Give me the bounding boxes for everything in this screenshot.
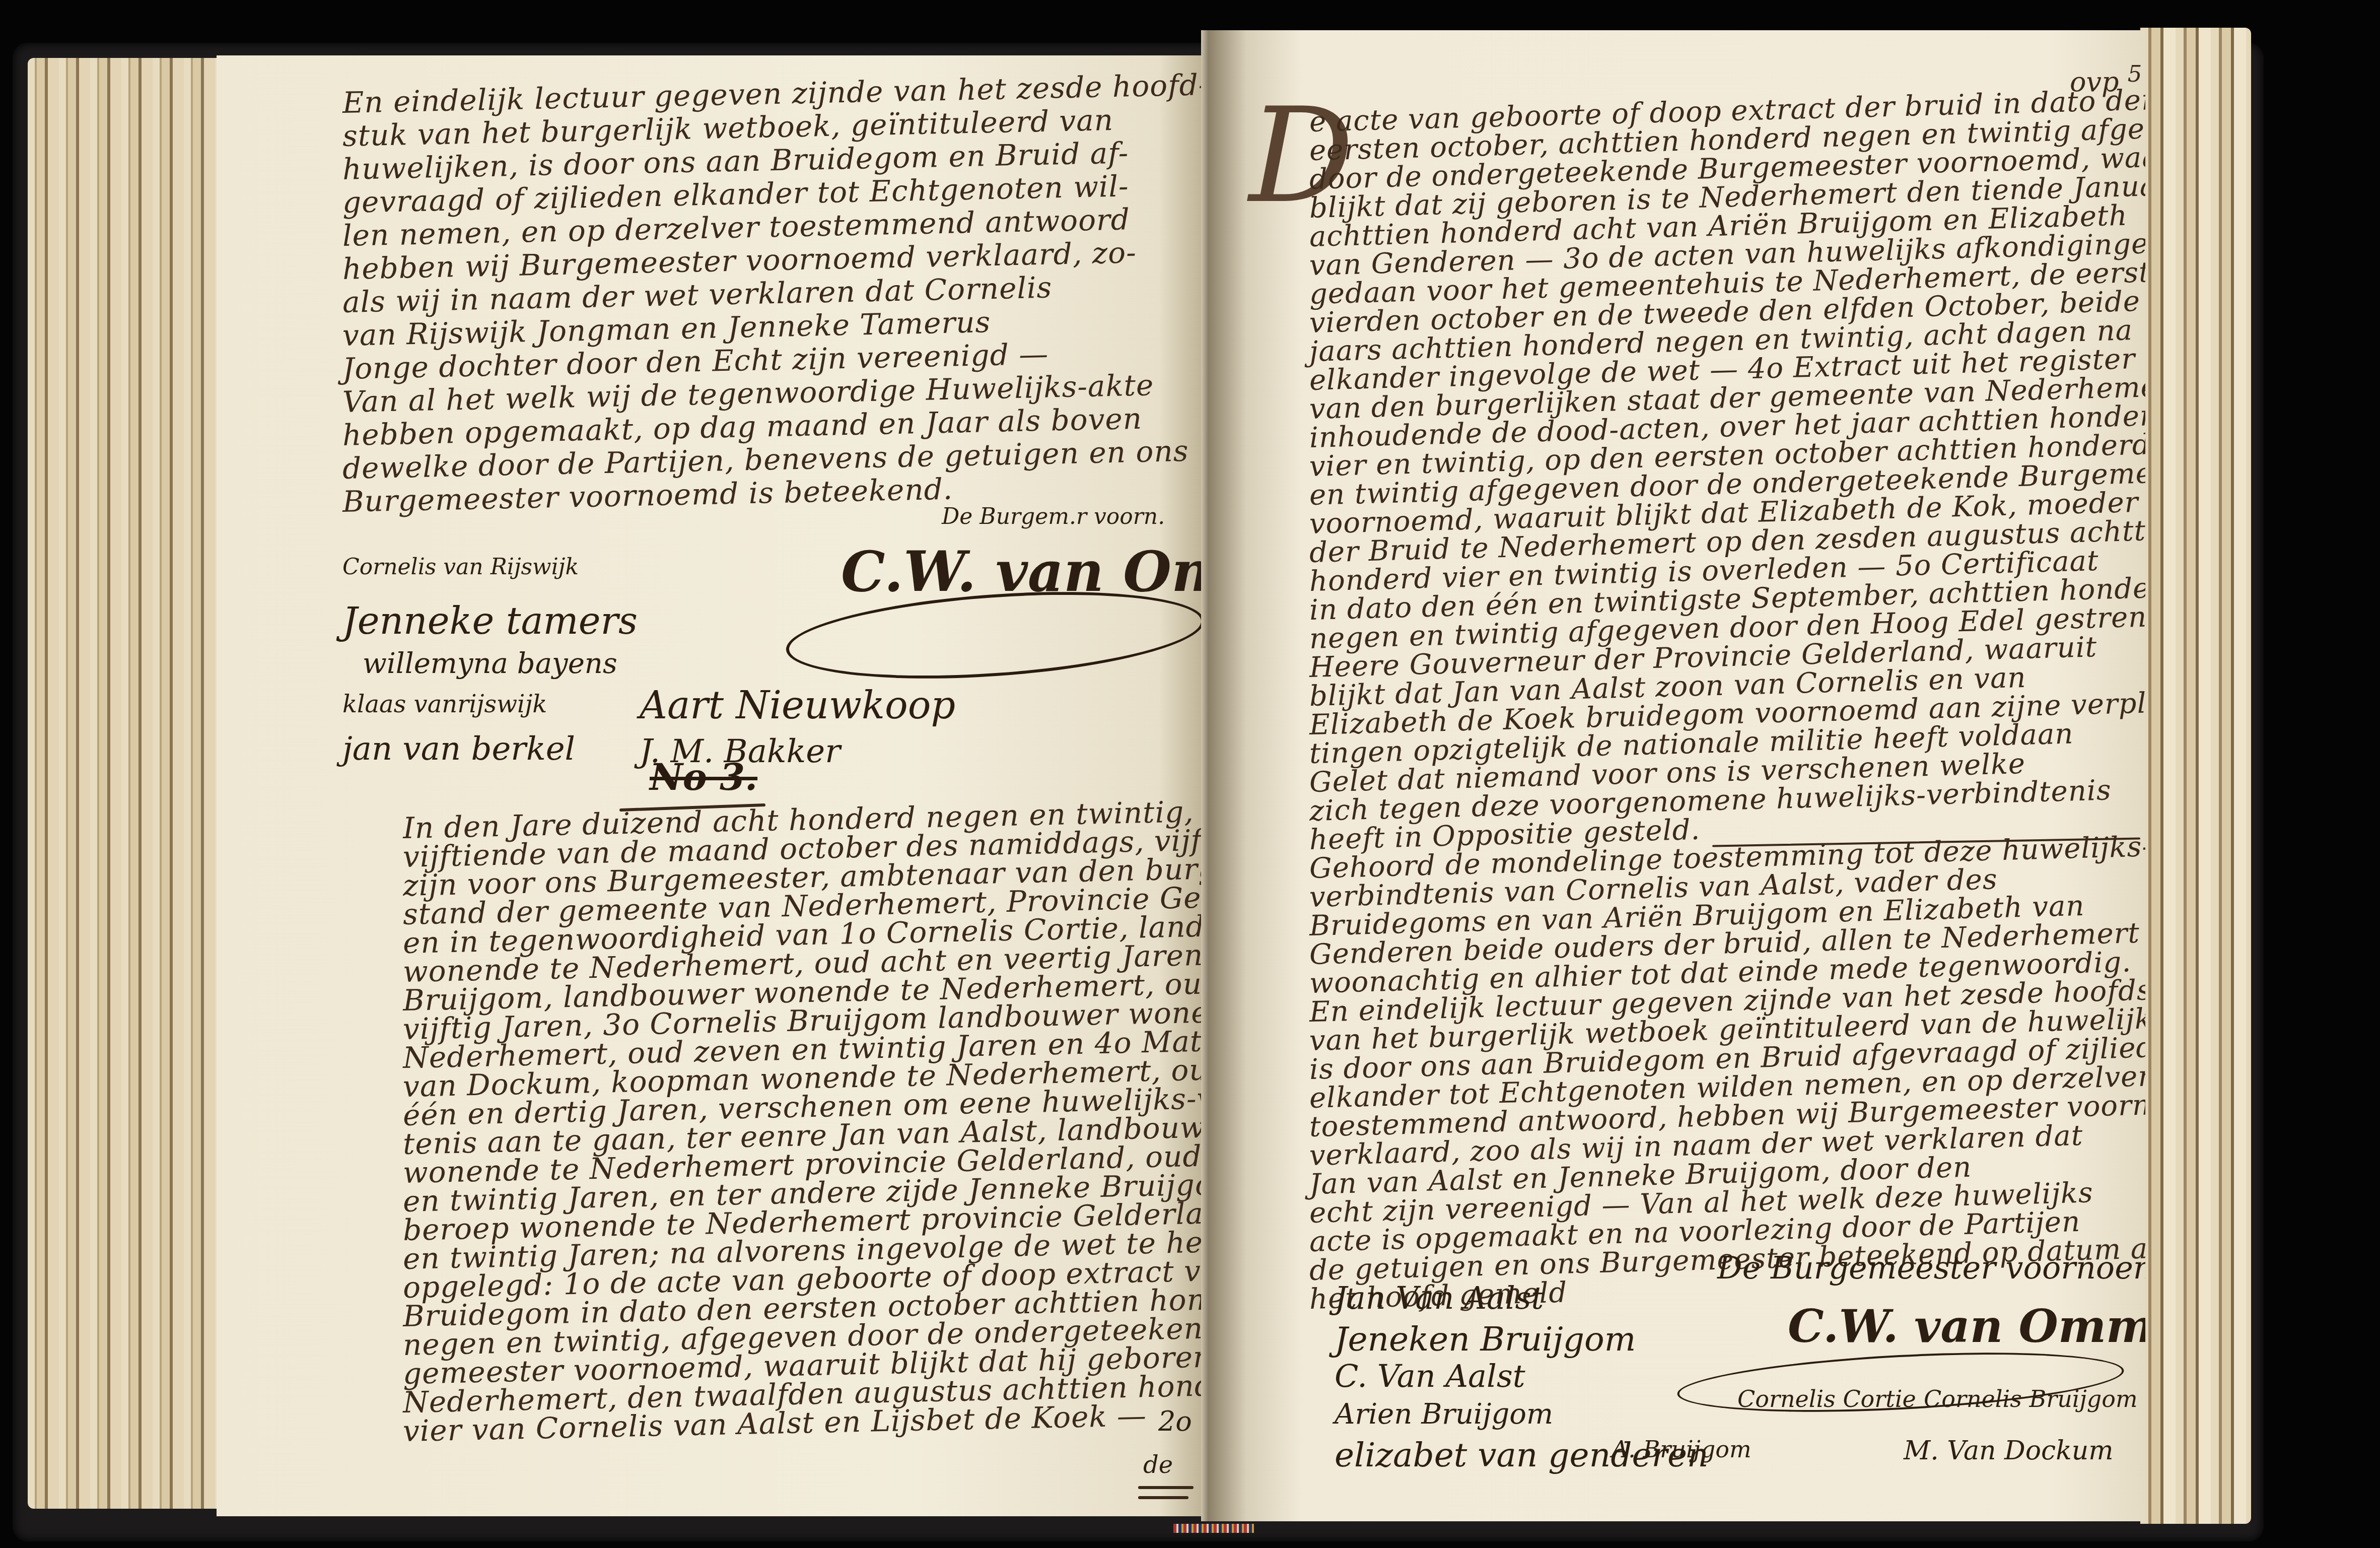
signature: Aart Nieuwkoop (640, 683, 955, 727)
right-page-stack (2140, 28, 2251, 1524)
entry-number: No 3. (650, 756, 757, 798)
page-number-value: 5 (2128, 60, 2142, 87)
mayor-signature-2: C.W. van Ommeren (1788, 1300, 2145, 1353)
catchword-rule-2 (1138, 1496, 1188, 1499)
signature: Jeneken Bruijgom (1335, 1320, 1636, 1359)
mayor-title-2: De Burgemeester voornoemd. (1717, 1249, 2145, 1286)
signature: Jenneke tamers (342, 599, 638, 643)
signature: A. Bruijgom (1612, 1436, 1752, 1463)
signature: willemyna bayens (363, 647, 617, 680)
catchword-1: 2o (1158, 1405, 1192, 1437)
mayor-title-1: De Burgem.r voorn. (942, 504, 1165, 529)
signature: klaas vanrijswijk (342, 690, 547, 718)
catchword-rule (1138, 1486, 1194, 1489)
signature: M. Van Dockum (1904, 1436, 2114, 1466)
catchword-2: de (1143, 1451, 1173, 1479)
left-page-stack (28, 58, 219, 1509)
signature: jan van berkel (342, 730, 575, 768)
signature: Cornelis Cortie (1737, 1385, 1916, 1412)
signature: Cornelis Bruijgom (1924, 1385, 2138, 1412)
left-page: En eindelijk lectuur gegeven zijnde van … (217, 55, 1209, 1516)
signature: Arien Bruijgom (1335, 1398, 1553, 1431)
right-page: ovp 5 D e acte van geboorte of doop extr… (1209, 30, 2145, 1521)
spine-headband (1173, 1524, 1254, 1533)
signature: Jan Van Aalst (1335, 1280, 1544, 1316)
signature: C. Van Aalst (1335, 1358, 1525, 1394)
signature: Cornelis van Rijswijk (342, 554, 579, 580)
